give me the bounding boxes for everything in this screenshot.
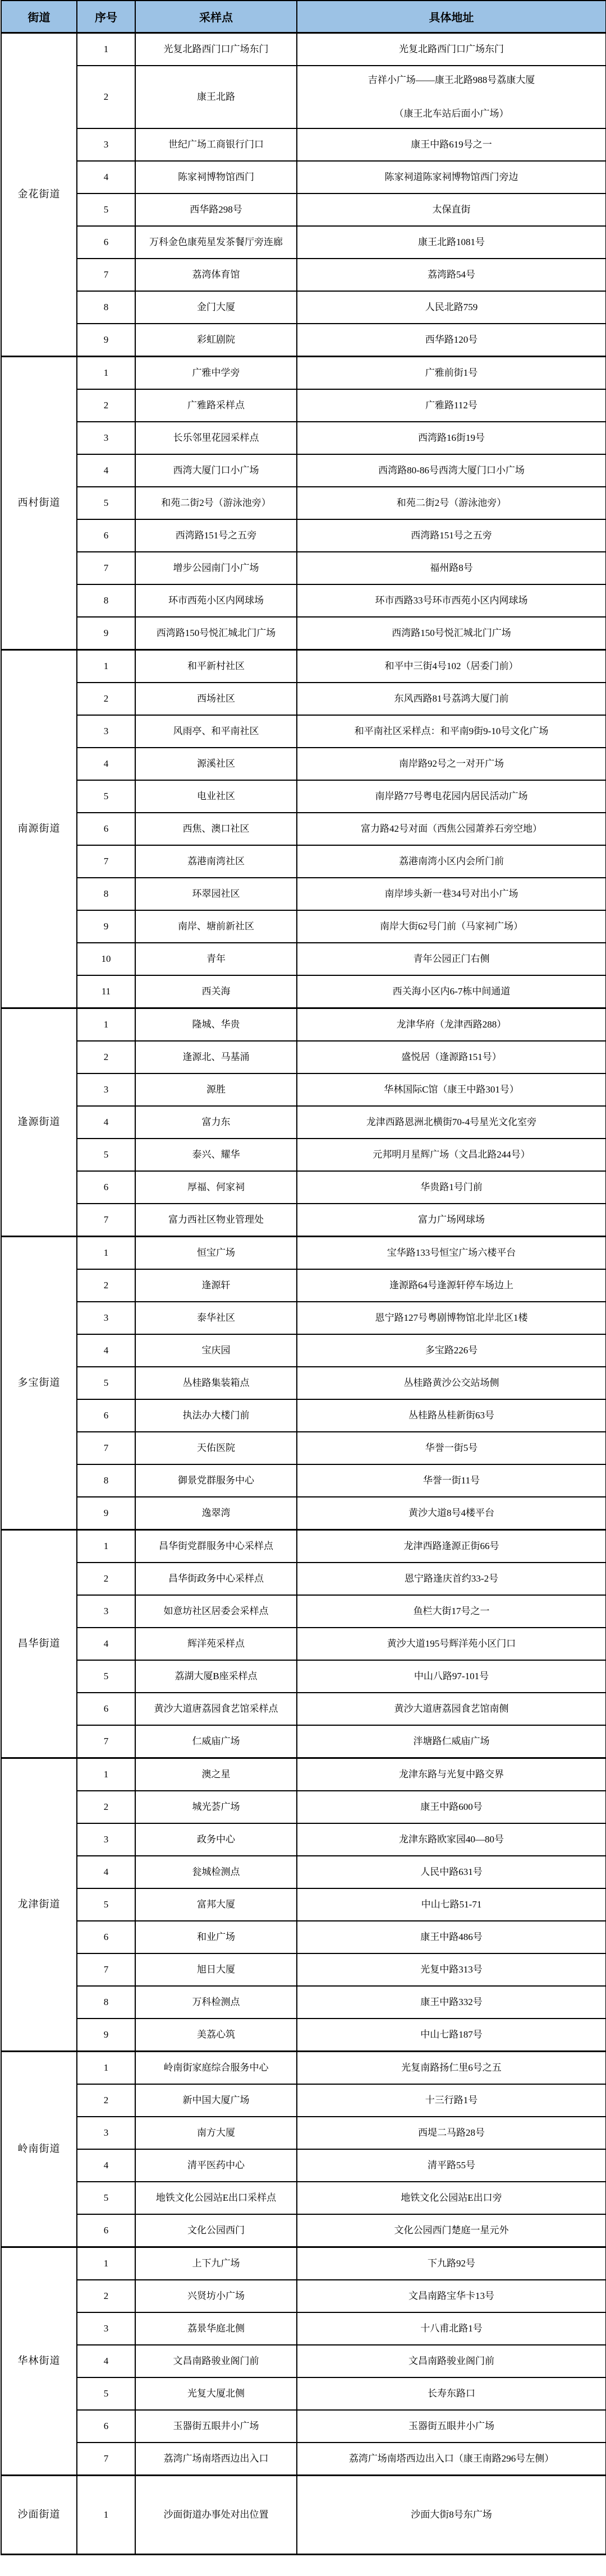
column-header-point: 采样点 bbox=[135, 1, 297, 33]
address-cell: 荔湾路54号 bbox=[297, 259, 606, 291]
table-row: 6西湾路151号之五旁西湾路151号之五旁 bbox=[1, 519, 606, 552]
table-row: 9美荔心筑中山七路187号 bbox=[1, 2019, 606, 2052]
street-cell: 逢源街道 bbox=[1, 1008, 77, 1236]
address-cell: 和平南社区采样点：和平南9街9-10号文化广场 bbox=[297, 715, 606, 748]
row-number-cell: 9 bbox=[77, 617, 135, 650]
row-number-cell: 3 bbox=[77, 2312, 135, 2345]
sampling-point-cell: 荔湾体育馆 bbox=[135, 259, 297, 291]
table-row: 6厚福、何家祠华贵路1号门前 bbox=[1, 1171, 606, 1204]
sampling-point-cell: 富邦大厦 bbox=[135, 1888, 297, 1921]
address-cell: 中山七路187号 bbox=[297, 2019, 606, 2052]
address-cell: 文昌南路宝华卡13号 bbox=[297, 2280, 606, 2312]
address-cell: 光复北路西门口广场东门 bbox=[297, 33, 606, 66]
street-cell: 金花街道 bbox=[1, 33, 77, 357]
address-cell: 康王中路486号 bbox=[297, 1921, 606, 1953]
address-cell: 吉祥小广场——康王北路988号荔康大厦（康王北车站后面小广场） bbox=[297, 66, 606, 128]
address-cell: 广雅路112号 bbox=[297, 389, 606, 422]
table-row: 4清平医药中心清平路55号 bbox=[1, 2149, 606, 2182]
address-cell: 西湾路16街19号 bbox=[297, 422, 606, 454]
row-number-cell: 4 bbox=[77, 2149, 135, 2182]
address-cell: 富力广场网球场 bbox=[297, 1204, 606, 1237]
address-cell: 龙津东路与光复中路交界 bbox=[297, 1758, 606, 1791]
table-row: 华林街道1上下九广场下九路92号 bbox=[1, 2247, 606, 2280]
sampling-point-cell: 西湾路150号悦汇城北门广场 bbox=[135, 617, 297, 650]
sampling-point-cell: 万科检测点 bbox=[135, 1986, 297, 2019]
sampling-point-cell: 瓮城检测点 bbox=[135, 1856, 297, 1888]
row-number-cell: 5 bbox=[77, 2377, 135, 2410]
address-cell: 下九路92号 bbox=[297, 2247, 606, 2280]
sampling-point-cell: 长乐邻里花园采样点 bbox=[135, 422, 297, 454]
table-row: 2西场社区东风西路81号荔鸿大厦门前 bbox=[1, 683, 606, 715]
sampling-point-cell: 广雅中学旁 bbox=[135, 356, 297, 389]
sampling-point-cell: 电业社区 bbox=[135, 780, 297, 813]
sampling-point-cell: 泰兴、耀华 bbox=[135, 1139, 297, 1171]
address-cell: 人民北路759 bbox=[297, 291, 606, 324]
table-row: 3风雨亭、和平南社区和平南社区采样点：和平南9街9-10号文化广场 bbox=[1, 715, 606, 748]
sampling-point-cell: 荔湾广场南塔西边出入口 bbox=[135, 2443, 297, 2476]
address-cell: 龙津西路逢源正街66号 bbox=[297, 1529, 606, 1563]
row-number-cell: 4 bbox=[77, 1106, 135, 1139]
row-number-cell: 2 bbox=[77, 1041, 135, 1073]
address-cell: 龙津西路恩洲北横街70-4号星光文化室旁 bbox=[297, 1106, 606, 1139]
row-number-cell: 6 bbox=[77, 813, 135, 845]
sampling-point-cell: 美荔心筑 bbox=[135, 2019, 297, 2052]
table-row: 2新中国大厦广场十三行路1号 bbox=[1, 2084, 606, 2117]
address-cell: 西湾路151号之五旁 bbox=[297, 519, 606, 552]
table-row: 逢源街道1隆城、华贵龙津华府（龙津西路288） bbox=[1, 1008, 606, 1041]
address-cell: 福州路8号 bbox=[297, 552, 606, 584]
sampling-point-cell: 兴贤坊小广场 bbox=[135, 2280, 297, 2312]
sampling-point-cell: 西湾路151号之五旁 bbox=[135, 519, 297, 552]
address-cell: 多宝路226号 bbox=[297, 1334, 606, 1367]
address-cell: 华誉一街5号 bbox=[297, 1432, 606, 1464]
row-number-cell: 3 bbox=[77, 1823, 135, 1856]
sampling-point-cell: 天佑医院 bbox=[135, 1432, 297, 1464]
row-number-cell: 4 bbox=[77, 1856, 135, 1888]
address-cell: 西华路120号 bbox=[297, 324, 606, 357]
table-row: 6和业广场康王中路486号 bbox=[1, 1921, 606, 1953]
row-number-cell: 5 bbox=[77, 1888, 135, 1921]
sampling-point-cell: 西场社区 bbox=[135, 683, 297, 715]
address-cell: 荔港南湾小区内会所门前 bbox=[297, 845, 606, 878]
sampling-point-cell: 世纪广场工商银行门口 bbox=[135, 128, 297, 161]
table-row: 8万科检测点康王中路332号 bbox=[1, 1986, 606, 2019]
address-cell: 中山八路97-101号 bbox=[297, 1660, 606, 1693]
sampling-point-cell: 厚福、何家祠 bbox=[135, 1171, 297, 1204]
row-number-cell: 7 bbox=[77, 2443, 135, 2476]
row-number-cell: 8 bbox=[77, 878, 135, 910]
row-number-cell: 2 bbox=[77, 1791, 135, 1823]
sampling-point-cell: 恒宝广场 bbox=[135, 1236, 297, 1269]
address-cell: 长寿东路口 bbox=[297, 2377, 606, 2410]
row-number-cell: 6 bbox=[77, 1693, 135, 1725]
table-row: 5和苑二街2号（游泳池旁）和苑二街2号（游泳池旁） bbox=[1, 487, 606, 519]
street-cell: 龙津街道 bbox=[1, 1758, 77, 2051]
row-number-cell: 1 bbox=[77, 356, 135, 389]
sampling-point-cell: 御景党群服务中心 bbox=[135, 1464, 297, 1497]
table-row: 4文昌南路骏业阁门前文昌南路骏业阁门前 bbox=[1, 2345, 606, 2377]
row-number-cell: 3 bbox=[77, 1073, 135, 1106]
sampling-point-cell: 昌华街政务中心采样点 bbox=[135, 1563, 297, 1595]
sampling-point-cell: 政务中心 bbox=[135, 1823, 297, 1856]
sampling-point-cell: 环翠园社区 bbox=[135, 878, 297, 910]
address-cell: 南岸路77号粤电花园内居民活动广场 bbox=[297, 780, 606, 813]
address-cell: 康王中路332号 bbox=[297, 1986, 606, 2019]
address-cell: 西湾路80-86号西湾大厦门口小广场 bbox=[297, 454, 606, 487]
sampling-point-cell: 逸翠湾 bbox=[135, 1497, 297, 1530]
address-cell: 黄沙大道唐荔园食艺馆南侧 bbox=[297, 1693, 606, 1725]
row-number-cell: 7 bbox=[77, 1204, 135, 1237]
row-number-cell: 6 bbox=[77, 2214, 135, 2247]
row-number-cell: 1 bbox=[77, 649, 135, 683]
sampling-point-cell: 源胜 bbox=[135, 1073, 297, 1106]
sampling-point-cell: 城光荟广场 bbox=[135, 1791, 297, 1823]
address-cell: 环市西路33号环市西苑小区内网球场 bbox=[297, 584, 606, 617]
address-cell: 西关海小区内6-7栋中间通道 bbox=[297, 975, 606, 1008]
table-row: 沙面街道1沙面街道办事处对出位置沙面大街8号东广场 bbox=[1, 2475, 606, 2554]
street-cell: 西村街道 bbox=[1, 356, 77, 649]
street-cell: 多宝街道 bbox=[1, 1236, 77, 1529]
row-number-cell: 9 bbox=[77, 2019, 135, 2052]
address-cell: 鱼栏大街17号之一 bbox=[297, 1595, 606, 1628]
row-number-cell: 3 bbox=[77, 2117, 135, 2149]
sampling-point-cell: 富力西社区物业管理处 bbox=[135, 1204, 297, 1237]
address-cell: 青年公园正门右侧 bbox=[297, 943, 606, 975]
sampling-point-cell: 仁威庙广场 bbox=[135, 1725, 297, 1758]
address-cell: 华林国际C馆（康王中路301号） bbox=[297, 1073, 606, 1106]
table-row: 5西华路298号太保直街 bbox=[1, 193, 606, 226]
address-line: 吉祥小广场——康王北路988号荔康大厦 bbox=[302, 73, 601, 87]
table-row: 3南方大厦西堤二马路28号 bbox=[1, 2117, 606, 2149]
table-row: 6黄沙大道唐荔园食艺馆采样点黄沙大道唐荔园食艺馆南侧 bbox=[1, 1693, 606, 1725]
sampling-point-cell: 万科金色康苑星发茶餐厅旁连廊 bbox=[135, 226, 297, 259]
table-row: 7仁威庙广场泮塘路仁威庙广场 bbox=[1, 1725, 606, 1758]
table-row: 多宝街道1恒宝广场宝华路133号恒宝广场六楼平台 bbox=[1, 1236, 606, 1269]
row-number-cell: 5 bbox=[77, 487, 135, 519]
address-cell: 和苑二街2号（游泳池旁） bbox=[297, 487, 606, 519]
table-row: 9逸翠湾黄沙大道8号4楼平台 bbox=[1, 1497, 606, 1530]
table-row: 10青年青年公园正门右侧 bbox=[1, 943, 606, 975]
sampling-point-cell: 荔景华庭北侧 bbox=[135, 2312, 297, 2345]
sampling-point-cell: 玉器街五眼井小广场 bbox=[135, 2410, 297, 2443]
address-cell: 华贵路1号门前 bbox=[297, 1171, 606, 1204]
row-number-cell: 8 bbox=[77, 291, 135, 324]
sampling-point-cell: 文化公园西门 bbox=[135, 2214, 297, 2247]
address-cell: 和平中三街4号102（居委门前） bbox=[297, 649, 606, 683]
sampling-points-table: 街道 序号 采样点 具体地址 金花街道1光复北路西门口广场东门光复北路西门口广场… bbox=[1, 0, 606, 2555]
table-row: 11西关海西关海小区内6-7栋中间通道 bbox=[1, 975, 606, 1008]
table-row: 2城光荟广场康王中路600号 bbox=[1, 1791, 606, 1823]
sampling-point-cell: 南岸、塘前新社区 bbox=[135, 910, 297, 943]
table-row: 2昌华街政务中心采样点恩宁路逢庆首约33-2号 bbox=[1, 1563, 606, 1595]
row-number-cell: 1 bbox=[77, 33, 135, 66]
row-number-cell: 1 bbox=[77, 2051, 135, 2084]
address-cell: 丛桂路黄沙公交站场侧 bbox=[297, 1367, 606, 1399]
row-number-cell: 8 bbox=[77, 1464, 135, 1497]
table-body: 金花街道1光复北路西门口广场东门光复北路西门口广场东门2康王北路吉祥小广场——康… bbox=[1, 33, 606, 2555]
address-cell: 东风西路81号荔鸿大厦门前 bbox=[297, 683, 606, 715]
address-cell: 西堤二马路28号 bbox=[297, 2117, 606, 2149]
address-cell: 恩宁路127号粤剧博物馆北岸北区1楼 bbox=[297, 1302, 606, 1334]
sampling-point-cell: 荔港南湾社区 bbox=[135, 845, 297, 878]
table-row: 4瓮城检测点人民中路631号 bbox=[1, 1856, 606, 1888]
address-cell: 十八甫北路1号 bbox=[297, 2312, 606, 2345]
table-row: 7增步公园南门小广场福州路8号 bbox=[1, 552, 606, 584]
sampling-point-cell: 环市西苑小区内网球场 bbox=[135, 584, 297, 617]
sampling-point-cell: 新中国大厦广场 bbox=[135, 2084, 297, 2117]
table-row: 2逢源北、马基涌盛悦居（逢源路151号） bbox=[1, 1041, 606, 1073]
table-row: 8环翠园社区南岸埗头新一巷34号对出小广场 bbox=[1, 878, 606, 910]
row-number-cell: 5 bbox=[77, 2182, 135, 2214]
sampling-point-cell: 风雨亭、和平南社区 bbox=[135, 715, 297, 748]
row-number-cell: 4 bbox=[77, 748, 135, 780]
sampling-point-cell: 西湾大厦门口小广场 bbox=[135, 454, 297, 487]
sampling-point-cell: 昌华街党群服务中心采样点 bbox=[135, 1529, 297, 1563]
sampling-point-cell: 青年 bbox=[135, 943, 297, 975]
row-number-cell: 2 bbox=[77, 389, 135, 422]
table-row: 7天佑医院华誉一街5号 bbox=[1, 1432, 606, 1464]
table-row: 2广雅路采样点广雅路112号 bbox=[1, 389, 606, 422]
table-row: 5地铁文化公园站E出口采样点地铁文化公园站E出口旁 bbox=[1, 2182, 606, 2214]
table-row: 4源溪社区南岸路92号之一对开广场 bbox=[1, 748, 606, 780]
table-row: 昌华街道1昌华街党群服务中心采样点龙津西路逢源正街66号 bbox=[1, 1529, 606, 1563]
sampling-point-cell: 澳之星 bbox=[135, 1758, 297, 1791]
table-row: 2兴贤坊小广场文昌南路宝华卡13号 bbox=[1, 2280, 606, 2312]
row-number-cell: 3 bbox=[77, 422, 135, 454]
sampling-point-cell: 隆城、华贵 bbox=[135, 1008, 297, 1041]
table-row: 7荔港南湾社区荔港南湾小区内会所门前 bbox=[1, 845, 606, 878]
sampling-point-cell: 清平医药中心 bbox=[135, 2149, 297, 2182]
row-number-cell: 7 bbox=[77, 1953, 135, 1986]
table-row: 2逢源轩逢源路64号逢源轩停车场边上 bbox=[1, 1269, 606, 1302]
street-cell: 华林街道 bbox=[1, 2247, 77, 2475]
row-number-cell: 9 bbox=[77, 1497, 135, 1530]
sampling-point-cell: 西关海 bbox=[135, 975, 297, 1008]
row-number-cell: 1 bbox=[77, 2475, 135, 2554]
table-row: 金花街道1光复北路西门口广场东门光复北路西门口广场东门 bbox=[1, 33, 606, 66]
address-cell: 陈家祠道陈家祠博物馆西门旁边 bbox=[297, 161, 606, 193]
address-cell: 玉器街五眼井小广场 bbox=[297, 2410, 606, 2443]
row-number-cell: 5 bbox=[77, 1660, 135, 1693]
row-number-cell: 2 bbox=[77, 1563, 135, 1595]
address-cell: 恩宁路逢庆首约33-2号 bbox=[297, 1563, 606, 1595]
sampling-point-cell: 泰华社区 bbox=[135, 1302, 297, 1334]
address-cell: 南岸路92号之一对开广场 bbox=[297, 748, 606, 780]
address-cell: 泮塘路仁威庙广场 bbox=[297, 1725, 606, 1758]
row-number-cell: 5 bbox=[77, 780, 135, 813]
table-row: 3世纪广场工商银行门口康王中路619号之一 bbox=[1, 128, 606, 161]
column-header-number: 序号 bbox=[77, 1, 135, 33]
table-row: 5泰兴、耀华元邦明月星辉广场（文昌北路244号） bbox=[1, 1139, 606, 1171]
sampling-point-cell: 源溪社区 bbox=[135, 748, 297, 780]
sampling-point-cell: 旭日大厦 bbox=[135, 1953, 297, 1986]
table-row: 9南岸、塘前新社区南岸大街62号门前（马家祠广场） bbox=[1, 910, 606, 943]
row-number-cell: 10 bbox=[77, 943, 135, 975]
table-row: 7荔湾体育馆荔湾路54号 bbox=[1, 259, 606, 291]
row-number-cell: 9 bbox=[77, 910, 135, 943]
row-number-cell: 4 bbox=[77, 1628, 135, 1660]
sampling-point-cell: 上下九广场 bbox=[135, 2247, 297, 2280]
address-cell: 太保直街 bbox=[297, 193, 606, 226]
address-cell: 盛悦居（逢源路151号） bbox=[297, 1041, 606, 1073]
table-row: 3政务中心龙津东路欧家园40—80号 bbox=[1, 1823, 606, 1856]
row-number-cell: 8 bbox=[77, 584, 135, 617]
street-cell: 南源街道 bbox=[1, 649, 77, 1008]
address-cell: 富力路42号对面（西焦公园萧养石旁空地） bbox=[297, 813, 606, 845]
table-row: 5电业社区南岸路77号粤电花园内居民活动广场 bbox=[1, 780, 606, 813]
table-row: 3荔景华庭北侧十八甫北路1号 bbox=[1, 2312, 606, 2345]
column-header-address: 具体地址 bbox=[297, 1, 606, 33]
sampling-point-cell: 逢源北、马基涌 bbox=[135, 1041, 297, 1073]
row-number-cell: 7 bbox=[77, 552, 135, 584]
table-row: 4西湾大厦门口小广场西湾路80-86号西湾大厦门口小广场 bbox=[1, 454, 606, 487]
address-cell: 西湾路150号悦汇城北门广场 bbox=[297, 617, 606, 650]
street-cell: 岭南街道 bbox=[1, 2051, 77, 2247]
table-row: 5富邦大厦中山七路51-71 bbox=[1, 1888, 606, 1921]
address-cell: 光复南路扬仁里6号之五 bbox=[297, 2051, 606, 2084]
table-row: 5丛桂路集装箱点丛桂路黄沙公交站场侧 bbox=[1, 1367, 606, 1399]
address-cell: 南岸埗头新一巷34号对出小广场 bbox=[297, 878, 606, 910]
row-number-cell: 2 bbox=[77, 2084, 135, 2117]
row-number-cell: 1 bbox=[77, 1008, 135, 1041]
row-number-cell: 9 bbox=[77, 324, 135, 357]
street-cell: 沙面街道 bbox=[1, 2475, 77, 2554]
sampling-point-cell: 文昌南路骏业阁门前 bbox=[135, 2345, 297, 2377]
table-row: 5荔湖大厦B座采样点中山八路97-101号 bbox=[1, 1660, 606, 1693]
address-cell: 康王北路1081号 bbox=[297, 226, 606, 259]
table-row: 7荔湾广场南塔西边出入口荔湾广场南塔西边出入口（康王南路296号左侧） bbox=[1, 2443, 606, 2476]
row-number-cell: 2 bbox=[77, 2280, 135, 2312]
table-row: 8金门大厦人民北路759 bbox=[1, 291, 606, 324]
table-row: 6文化公园西门文化公园西门楚庭一星元外 bbox=[1, 2214, 606, 2247]
row-number-cell: 8 bbox=[77, 1986, 135, 2019]
address-cell: 逢源路64号逢源轩停车场边上 bbox=[297, 1269, 606, 1302]
row-number-cell: 7 bbox=[77, 845, 135, 878]
sampling-point-cell: 逢源轩 bbox=[135, 1269, 297, 1302]
sampling-point-cell: 增步公园南门小广场 bbox=[135, 552, 297, 584]
table-row: 岭南街道1岭南街家庭综合服务中心光复南路扬仁里6号之五 bbox=[1, 2051, 606, 2084]
table-row: 6西焦、澳口社区富力路42号对面（西焦公园萧养石旁空地） bbox=[1, 813, 606, 845]
header-row: 街道 序号 采样点 具体地址 bbox=[1, 1, 606, 33]
table-row: 3源胜华林国际C馆（康王中路301号） bbox=[1, 1073, 606, 1106]
row-number-cell: 1 bbox=[77, 1758, 135, 1791]
sampling-point-cell: 荔湖大厦B座采样点 bbox=[135, 1660, 297, 1693]
sampling-point-cell: 沙面街道办事处对出位置 bbox=[135, 2475, 297, 2554]
row-number-cell: 11 bbox=[77, 975, 135, 1008]
street-cell: 昌华街道 bbox=[1, 1529, 77, 1758]
sampling-point-cell: 岭南街家庭综合服务中心 bbox=[135, 2051, 297, 2084]
sampling-points-document: { "table": { "headers": ["街道", "序号", "采样… bbox=[0, 0, 606, 2555]
row-number-cell: 6 bbox=[77, 226, 135, 259]
address-cell: 黄沙大道8号4楼平台 bbox=[297, 1497, 606, 1530]
sampling-point-cell: 如意坊社区居委会采样点 bbox=[135, 1595, 297, 1628]
sampling-point-cell: 和平新村社区 bbox=[135, 649, 297, 683]
table-row: 4陈家祠博物馆西门陈家祠道陈家祠博物馆西门旁边 bbox=[1, 161, 606, 193]
column-header-street: 街道 bbox=[1, 1, 77, 33]
address-line: （康王北车站后面小广场） bbox=[302, 107, 601, 121]
table-row: 西村街道1广雅中学旁广雅前街1号 bbox=[1, 356, 606, 389]
address-cell: 十三行路1号 bbox=[297, 2084, 606, 2117]
table-row: 龙津街道1澳之星龙津东路与光复中路交界 bbox=[1, 1758, 606, 1791]
table-row: 5光复大厦北侧长寿东路口 bbox=[1, 2377, 606, 2410]
row-number-cell: 6 bbox=[77, 1921, 135, 1953]
address-cell: 文昌南路骏业阁门前 bbox=[297, 2345, 606, 2377]
address-cell: 龙津华府（龙津西路288） bbox=[297, 1008, 606, 1041]
table-row: 3泰华社区恩宁路127号粤剧博物馆北岸北区1楼 bbox=[1, 1302, 606, 1334]
row-number-cell: 4 bbox=[77, 161, 135, 193]
address-cell: 广雅前街1号 bbox=[297, 356, 606, 389]
row-number-cell: 4 bbox=[77, 1334, 135, 1367]
row-number-cell: 1 bbox=[77, 2247, 135, 2280]
address-cell: 丛桂路丛桂新街63号 bbox=[297, 1399, 606, 1432]
row-number-cell: 6 bbox=[77, 519, 135, 552]
table-row: 3如意坊社区居委会采样点鱼栏大街17号之一 bbox=[1, 1595, 606, 1628]
table-row: 8环市西苑小区内网球场环市西路33号环市西苑小区内网球场 bbox=[1, 584, 606, 617]
sampling-point-cell: 彩虹剧院 bbox=[135, 324, 297, 357]
row-number-cell: 6 bbox=[77, 1399, 135, 1432]
sampling-point-cell: 广雅路采样点 bbox=[135, 389, 297, 422]
sampling-point-cell: 陈家祠博物馆西门 bbox=[135, 161, 297, 193]
sampling-point-cell: 光复北路西门口广场东门 bbox=[135, 33, 297, 66]
address-cell: 华誉一街11号 bbox=[297, 1464, 606, 1497]
sampling-point-cell: 西华路298号 bbox=[135, 193, 297, 226]
address-cell: 人民中路631号 bbox=[297, 1856, 606, 1888]
address-cell: 黄沙大道195号辉洋苑小区门口 bbox=[297, 1628, 606, 1660]
row-number-cell: 1 bbox=[77, 1236, 135, 1269]
table-row: 7富力西社区物业管理处富力广场网球场 bbox=[1, 1204, 606, 1237]
address-cell: 宝华路133号恒宝广场六楼平台 bbox=[297, 1236, 606, 1269]
row-number-cell: 7 bbox=[77, 1725, 135, 1758]
address-cell: 地铁文化公园站E出口旁 bbox=[297, 2182, 606, 2214]
address-cell: 康王中路600号 bbox=[297, 1791, 606, 1823]
table-row: 4辉洋苑采样点黄沙大道195号辉洋苑小区门口 bbox=[1, 1628, 606, 1660]
table-row: 3长乐邻里花园采样点西湾路16街19号 bbox=[1, 422, 606, 454]
sampling-point-cell: 和业广场 bbox=[135, 1921, 297, 1953]
row-number-cell: 6 bbox=[77, 2410, 135, 2443]
sampling-point-cell: 光复大厦北侧 bbox=[135, 2377, 297, 2410]
table-row: 6万科金色康苑星发茶餐厅旁连廊康王北路1081号 bbox=[1, 226, 606, 259]
row-number-cell: 7 bbox=[77, 259, 135, 291]
sampling-point-cell: 西焦、澳口社区 bbox=[135, 813, 297, 845]
address-cell: 康王中路619号之一 bbox=[297, 128, 606, 161]
sampling-point-cell: 南方大厦 bbox=[135, 2117, 297, 2149]
row-number-cell: 6 bbox=[77, 1171, 135, 1204]
address-cell: 荔湾广场南塔西边出入口（康王南路296号左侧） bbox=[297, 2443, 606, 2476]
row-number-cell: 3 bbox=[77, 715, 135, 748]
row-number-cell: 3 bbox=[77, 1595, 135, 1628]
row-number-cell: 3 bbox=[77, 1302, 135, 1334]
row-number-cell: 2 bbox=[77, 66, 135, 128]
row-number-cell: 2 bbox=[77, 683, 135, 715]
table-row: 9彩虹剧院西华路120号 bbox=[1, 324, 606, 357]
sampling-point-cell: 康王北路 bbox=[135, 66, 297, 128]
address-cell: 文化公园西门楚庭一星元外 bbox=[297, 2214, 606, 2247]
sampling-point-cell: 执法办大楼门前 bbox=[135, 1399, 297, 1432]
sampling-point-cell: 地铁文化公园站E出口采样点 bbox=[135, 2182, 297, 2214]
table-row: 6玉器街五眼井小广场玉器街五眼井小广场 bbox=[1, 2410, 606, 2443]
row-number-cell: 5 bbox=[77, 1367, 135, 1399]
address-cell: 沙面大街8号东广场 bbox=[297, 2475, 606, 2554]
sampling-point-cell: 金门大厦 bbox=[135, 291, 297, 324]
table-row: 4宝庆园多宝路226号 bbox=[1, 1334, 606, 1367]
table-row: 7旭日大厦光复中路313号 bbox=[1, 1953, 606, 1986]
sampling-point-cell: 宝庆园 bbox=[135, 1334, 297, 1367]
row-number-cell: 4 bbox=[77, 454, 135, 487]
row-number-cell: 7 bbox=[77, 1432, 135, 1464]
row-number-cell: 4 bbox=[77, 2345, 135, 2377]
address-cell: 清平路55号 bbox=[297, 2149, 606, 2182]
table-row: 9西湾路150号悦汇城北门广场西湾路150号悦汇城北门广场 bbox=[1, 617, 606, 650]
